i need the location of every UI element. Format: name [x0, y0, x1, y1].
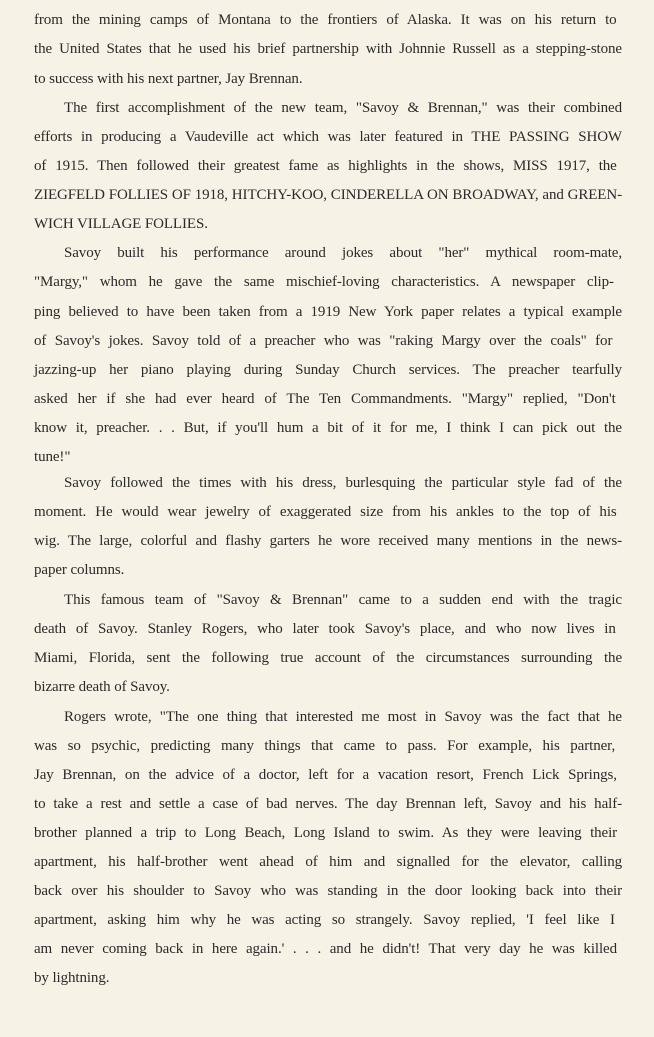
paragraph-first-line: The first accomplishment of the new team… [64, 100, 622, 117]
paragraph-first-line: Rogers wrote, "The one thing that intere… [64, 709, 622, 726]
paragraph-first-line: This famous team of "Savoy & Brennan" ca… [64, 592, 622, 609]
text-line: ZIEGFELD FOLLIES OF 1918, HITCHY-KOO, CI… [34, 187, 622, 204]
text-line: by lightning. [34, 970, 109, 987]
text-line: death of Savoy. Stanley Rogers, who late… [34, 621, 616, 638]
text-line: brother planned a trip to Long Beach, Lo… [34, 825, 617, 842]
text-line: jazzing-up her piano playing during Sund… [34, 362, 622, 379]
text-line: from the mining camps of Montana to the … [34, 12, 617, 29]
text-line: "Margy," whom he gave the same mischief-… [34, 274, 614, 291]
text-line: wig. The large, colorful and flashy gart… [34, 533, 622, 550]
text-line: was so psychic, predicting many things t… [34, 738, 615, 755]
text-line: the United States that he used his brief… [34, 41, 622, 58]
text-line: apartment, his half-brother went ahead o… [34, 854, 622, 871]
text-line: know it, preacher. . . But, if you'll hu… [34, 420, 622, 437]
text-line: back over his shoulder to Savoy who was … [34, 883, 622, 900]
text-line: to success with his next partner, Jay Br… [34, 71, 302, 88]
text-line: bizarre death of Savoy. [34, 679, 170, 696]
text-line: WICH VILLAGE FOLLIES. [34, 216, 208, 233]
text-line: tune!" [34, 449, 70, 466]
text-line: of Savoy's jokes. Savoy told of a preach… [34, 333, 612, 350]
paragraph-first-line: Savoy built his performance around jokes… [64, 245, 622, 262]
text-line: of 1915. Then followed their greatest fa… [34, 158, 617, 175]
document-page: from the mining camps of Montana to the … [0, 0, 654, 1037]
text-line: ping believed to have been taken from a … [34, 304, 622, 321]
text-line: Miami, Florida, sent the following true … [34, 650, 622, 667]
text-line: moment. He would wear jewelry of exagger… [34, 504, 617, 521]
text-line: apartment, asking him why he was acting … [34, 912, 615, 929]
paragraph-first-line: Savoy followed the times with his dress,… [64, 475, 622, 492]
text-line: asked her if she had ever heard of The T… [34, 391, 616, 408]
text-line: to take a rest and settle a case of bad … [34, 796, 622, 813]
text-line: efforts in producing a Vaudeville act wh… [34, 129, 622, 146]
text-line: am never coming back in here again.' . .… [34, 941, 617, 958]
text-line: paper columns. [34, 562, 124, 579]
text-line: Jay Brennan, on the advice of a doctor, … [34, 767, 617, 784]
